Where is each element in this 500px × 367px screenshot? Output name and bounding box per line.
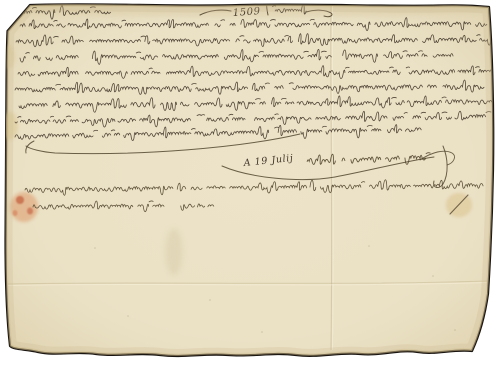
wax-seal-spot-3 [13, 210, 18, 216]
ink-speck [432, 275, 434, 277]
show-through-smudge [165, 228, 183, 276]
ink-speck [209, 299, 211, 301]
ink-speck [94, 247, 96, 249]
ink-speck [454, 329, 456, 331]
wax-seal-spot-1 [16, 196, 24, 204]
wax-seal-spot-2 [27, 208, 33, 215]
ink-speck [261, 331, 263, 333]
wax-seal-stain [10, 192, 38, 222]
ink-speck [368, 245, 370, 247]
paper-inner-texture: 1509A 19 Julij [0, 0, 500, 367]
manuscript-letter-scan: 1509A 19 Julij [0, 0, 500, 367]
paper-vignette [0, 0, 500, 367]
ink-speck [127, 315, 129, 317]
